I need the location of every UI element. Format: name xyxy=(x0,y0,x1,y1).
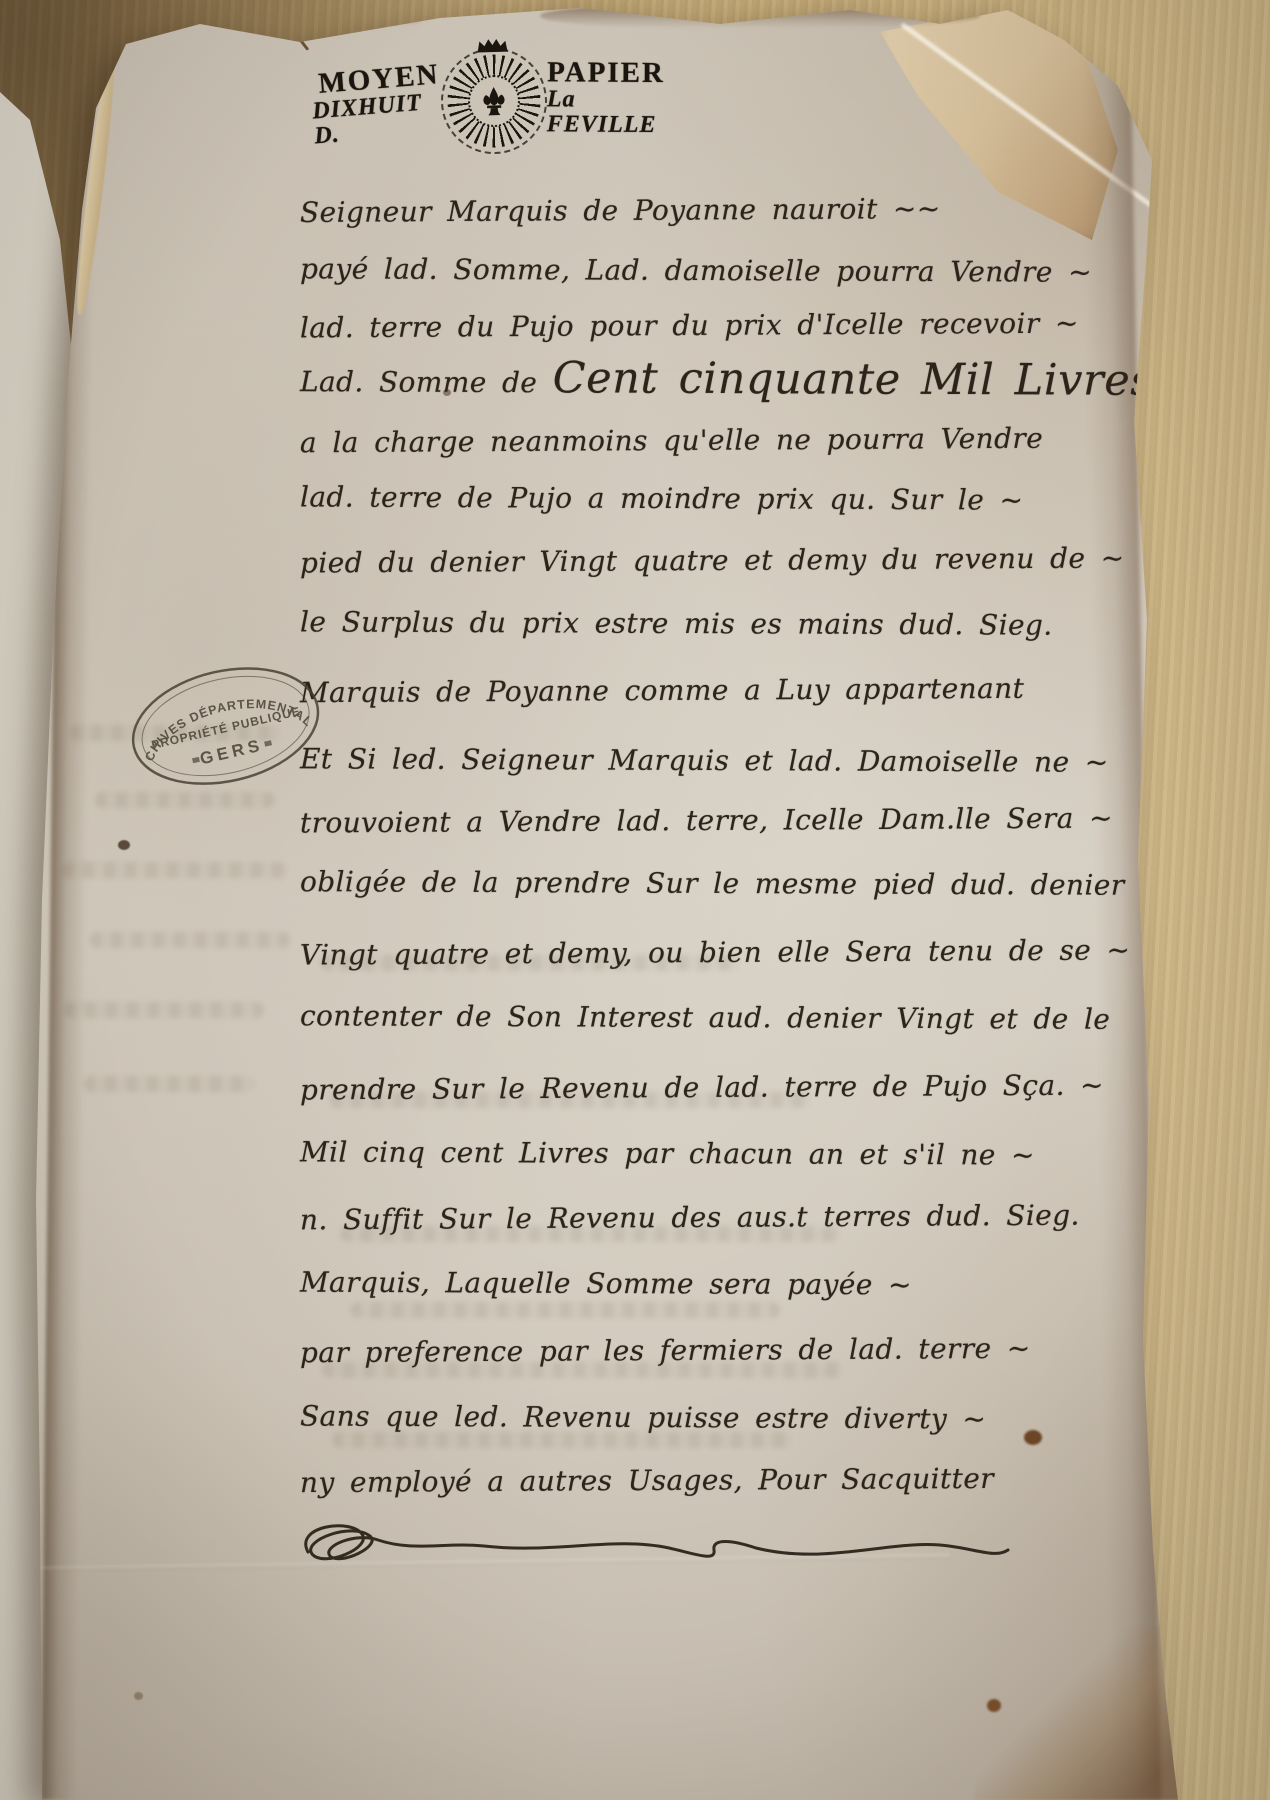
center-fold-crease xyxy=(0,0,10,1560)
paper-fiber xyxy=(228,0,305,27)
brown-stain xyxy=(987,1699,1001,1712)
tax-stamp-word: DIXHUIT D. xyxy=(311,89,444,149)
manuscript-line: Marquis de Poyanne comme a Luy appartena… xyxy=(300,674,1024,709)
stamp-medallion xyxy=(444,51,545,152)
manuscript-line: payé lad. Somme, Lad. damoiselle pourra … xyxy=(300,254,1092,288)
manuscript-line: obligée de la prendre Sur le mesme pied … xyxy=(300,867,1164,902)
manuscript-line: trouvoient a Vendre lad. terre, Icelle D… xyxy=(300,804,1113,840)
ink-bleed-through xyxy=(332,1432,792,1448)
paper-fiber xyxy=(269,0,310,51)
manuscript-line: pied du denier Vingt quatre et demy du r… xyxy=(300,543,1125,579)
paraph-flourish xyxy=(284,1508,1029,1592)
brown-stain xyxy=(1024,1430,1042,1445)
ink-bleed-through xyxy=(84,1076,254,1092)
archive-stamp-line3: GERS xyxy=(198,735,265,768)
manuscript-line: Seigneur Marquis de Poyanne nauroit ~~ xyxy=(300,194,941,229)
manuscript-line: lad. terre de Pujo a moindre prix qu. Su… xyxy=(300,482,1024,516)
manuscript-line: a la charge neanmoins qu'elle ne pourra … xyxy=(300,424,1043,459)
torn-bottom-right-corner xyxy=(975,1625,1205,1800)
brown-stain xyxy=(134,1692,143,1700)
manuscript-line: n. Suffit Sur le Revenu des aus.t terres… xyxy=(300,1201,1080,1237)
manuscript-line: ny employé a autres Usages, Pour Sacquit… xyxy=(300,1464,994,1499)
ink-bleed-through xyxy=(90,932,290,948)
photo-of-manuscript-on-wooden-table: MOYEN DIXHUIT D. xyxy=(0,0,1270,1800)
corner-crease-highlight xyxy=(900,22,1158,211)
archive-oval-stamp: ARCHIVES DÉPARTEMENTALES PROPRIÉTÉ PUBLI… xyxy=(112,643,340,814)
ink-bleed-through xyxy=(350,1302,780,1318)
manuscript-line: Et Si led. Seigneur Marquis et lad. Damo… xyxy=(300,744,1109,778)
manuscript-line: Sans que led. Revenu puisse estre divert… xyxy=(300,1402,986,1436)
manuscript-line: prendre Sur le Revenu de lad. terre de P… xyxy=(300,1071,1104,1107)
manuscript-line: lad. terre du Pujo pour du prix d'Icelle… xyxy=(300,309,1079,345)
fleur-de-lis-icon xyxy=(479,84,510,119)
ink-bleed-through xyxy=(62,862,287,878)
left-edge-shadow xyxy=(41,90,95,1800)
torn-top-edge xyxy=(540,4,980,28)
manuscript-line: Marquis, Laquelle Somme sera payée ~ xyxy=(300,1268,912,1301)
manuscript-line-amount: Lad. Somme de Cent cinquante Mil Livres xyxy=(300,354,1153,405)
tax-stamp-word: PAPIER xyxy=(547,57,665,88)
left-edge-curl xyxy=(72,56,119,316)
torn-top-edge xyxy=(230,14,420,29)
manuscript-line: par preference par les fermiers de lad. … xyxy=(300,1334,1031,1369)
ink-bleed-through xyxy=(64,1002,264,1018)
manuscript-line: Mil cinq cent Livres par chacun an et s'… xyxy=(300,1137,1035,1171)
manuscript-page-wrapper: MOYEN DIXHUIT D. xyxy=(0,0,1270,1800)
manuscript-page: MOYEN DIXHUIT D. xyxy=(0,0,1270,1800)
crown-icon xyxy=(476,37,511,58)
tax-stamp-left-text: MOYEN DIXHUIT D. xyxy=(309,59,444,149)
manuscript-line: Vingt quatre et demy, ou bien elle Sera … xyxy=(300,935,1131,971)
amount-prefix: Lad. Somme de xyxy=(300,365,537,399)
amount-emphasis: Cent cinquante Mil Livres xyxy=(553,353,1154,406)
tax-stamp-right-text: PAPIER La FEVILLE xyxy=(547,57,680,138)
manuscript-line: contenter de Son Interest aud. denier Vi… xyxy=(300,1001,1110,1035)
right-edge-shadow xyxy=(1081,60,1161,1800)
ink-stain xyxy=(118,840,130,850)
fiscal-tax-stamp: MOYEN DIXHUIT D. xyxy=(311,47,682,155)
tax-stamp-word: La FEVILLE xyxy=(547,87,680,138)
manuscript-line: le Surplus du prix estre mis es mains du… xyxy=(300,607,1053,641)
